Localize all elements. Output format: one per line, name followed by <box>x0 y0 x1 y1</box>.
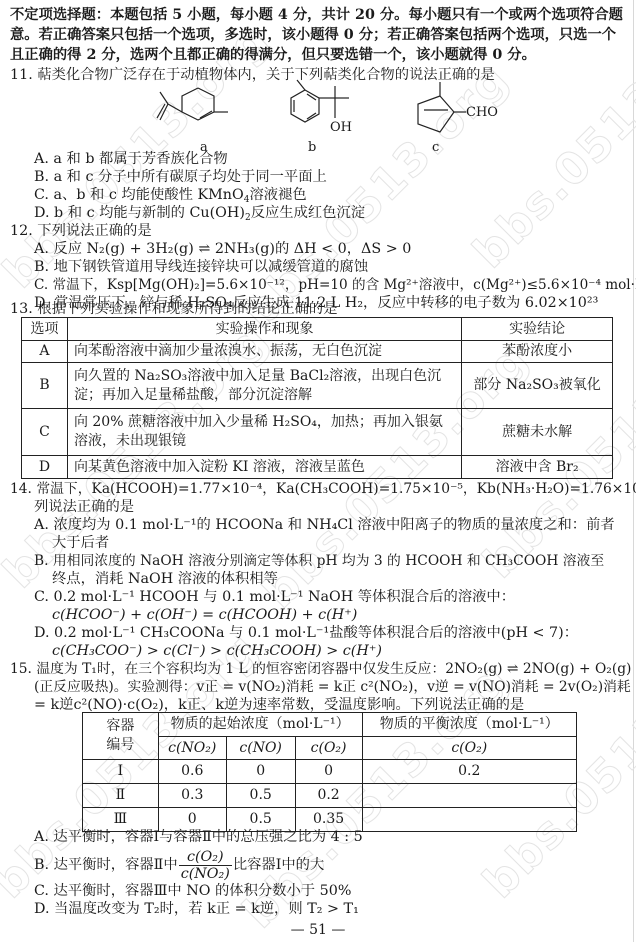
exam-page: bbs.0513.org bbs.0513.org bbs.0513.org b… <box>0 0 636 942</box>
q14-option-a-cont: 大于后者 <box>52 534 109 552</box>
q15-option-c: C. 达平衡时，容器Ⅲ中 NO 的体积分数小于 50% <box>34 882 351 900</box>
q13-header-option: 选项 <box>22 318 68 341</box>
q13-header-operation: 实验操作和现象 <box>67 318 461 341</box>
q15-option-a: A. 达平衡时，容器Ⅰ与容器Ⅱ中的总压强之比为 4 : 5 <box>34 828 363 846</box>
q15-table: 容器编号 物质的起始浓度（mol·L⁻¹） 物质的平衡浓度（mol·L⁻¹） c… <box>82 712 577 832</box>
structure-label-b: b <box>308 140 316 155</box>
q13-stem: 13. 根据下列实验操作和现象所得到的结论正确的是 <box>10 300 338 318</box>
q12-option-b: B. 地下钢铁管道用导线连接锌块可以减缓管道的腐蚀 <box>34 258 368 276</box>
q14-option-a: A. 浓度均为 0.1 mol·L⁻¹的 HCOONa 和 NH₄Cl 溶液中阳… <box>34 516 615 534</box>
q14-stem-line2: 列说法正确的是 <box>34 498 134 516</box>
q14-option-c-cont: c(HCOO⁻) + c(OH⁻) = c(HCOOH) + c(H⁺) <box>52 606 357 624</box>
q14-option-d-cont: c(CH₃COO⁻) > c(Cl⁻) > c(CH₃COOH) > c(H⁺) <box>52 642 382 660</box>
q15-stem-line1: 15. 温度为 T₁时，在三个容积均为 1 L 的恒容密闭容器中仅发生反应：2N… <box>10 660 631 678</box>
table-row: A 向苯酚溶液中滴加少量浓溴水、振荡，无白色沉淀 苯酚浓度小 <box>22 341 613 363</box>
q12-option-c: C. 常温下，Ksp[Mg(OH)₂]=5.6×10⁻¹²，pH=10 的含 M… <box>34 276 636 294</box>
page-number: — 51 — <box>0 922 636 938</box>
q14-option-b-cont: 终点，消耗 NaOH 溶液的体积相等 <box>52 570 278 588</box>
q13-table: 选项 实验操作和现象 实验结论 A 向苯酚溶液中滴加少量浓溴水、振荡，无白色沉淀… <box>21 317 613 479</box>
fraction: c(O₂)c(NO₂) <box>179 849 232 882</box>
page-edge <box>633 0 634 942</box>
structure-label-c: c <box>432 140 439 155</box>
q14-option-d: D. 0.2 mol·L⁻¹ CH₃COONa 与 0.1 mol·L⁻¹盐酸等… <box>34 624 578 642</box>
q12-stem: 12. 下列说法正确的是 <box>10 222 152 240</box>
q11-option-b: B. a 和 c 分子中所有碳原子均处于同一平面上 <box>34 168 327 186</box>
q14-option-c: C. 0.2 mol·L⁻¹ HCOOH 与 0.1 mol·L⁻¹ NaOH … <box>34 588 515 606</box>
structure-c-cho: CHO <box>466 105 498 120</box>
structure-b-icon <box>285 78 365 140</box>
q15-option-d: D. 当温度改变为 T₂时，若 k正 = k逆，则 T₂ > T₁ <box>34 900 359 918</box>
q15-stem-line2: (正反应吸热)。实验测得：v正 = v(NO₂)消耗 = k正 c²(NO₂)，… <box>34 678 631 696</box>
intro-line: 且正确的得 2 分，选两个且都正确的得满分，但只要选错一个，该小题就得 0 分。 <box>10 46 536 64</box>
table-row: D 向某黄色溶液中加入淀粉 KI 溶液，溶液呈蓝色 溶液中含 Br₂ <box>22 456 613 479</box>
q11-option-c: C. a、b 和 c 均能使酸性 KMnO4溶液褪色 <box>34 186 307 204</box>
intro-line: 不定项选择题：本题包括 5 小题，每小题 4 分，共计 20 分。每小题只有一个… <box>10 6 623 24</box>
q15-option-b: B. 达平衡时，容器Ⅱ中c(O₂)c(NO₂)比容器Ⅰ中的大 <box>34 848 324 882</box>
table-row: Ⅱ 0.3 0.5 0.2 <box>83 784 577 808</box>
structure-a-icon <box>150 80 230 142</box>
q11-option-d: D. b 和 c 均能与新制的 Cu(OH)2反应生成红色沉淀 <box>34 204 365 222</box>
structure-c-icon <box>410 80 470 142</box>
q13-header-conclusion: 实验结论 <box>462 318 613 341</box>
table-row: C 向 20% 蔗糖溶液中加入少量稀 H₂SO₄，加热；再加入银氨溶液，未出现银… <box>22 409 613 456</box>
table-row: B 向久置的 Na₂SO₃溶液中加入足量 BaCl₂溶液，出现白色沉淀；再加入足… <box>22 363 613 409</box>
table-row: Ⅰ 0.6 0 0 0.2 <box>83 760 577 784</box>
q14-option-b: B. 用相同浓度的 NaOH 溶液分别滴定等体积 pH 均为 3 的 HCOOH… <box>34 552 604 570</box>
q11-option-a: A. a 和 b 都属于芳香族化合物 <box>34 150 228 168</box>
intro-line: 意。若正确答案只包括一个选项，多选时，该小题得 0 分；若正确答案包括两个选项，… <box>10 26 616 44</box>
structure-b-oh: OH <box>330 120 352 135</box>
q12-option-a: A. 反应 N₂(g) + 3H₂(g) ⇌ 2NH₃(g)的 ΔH < 0，Δ… <box>34 240 411 258</box>
q14-stem-line1: 14. 常温下，Ka(HCOOH)=1.77×10⁻⁴，Ka(CH₃COOH)=… <box>10 480 636 498</box>
